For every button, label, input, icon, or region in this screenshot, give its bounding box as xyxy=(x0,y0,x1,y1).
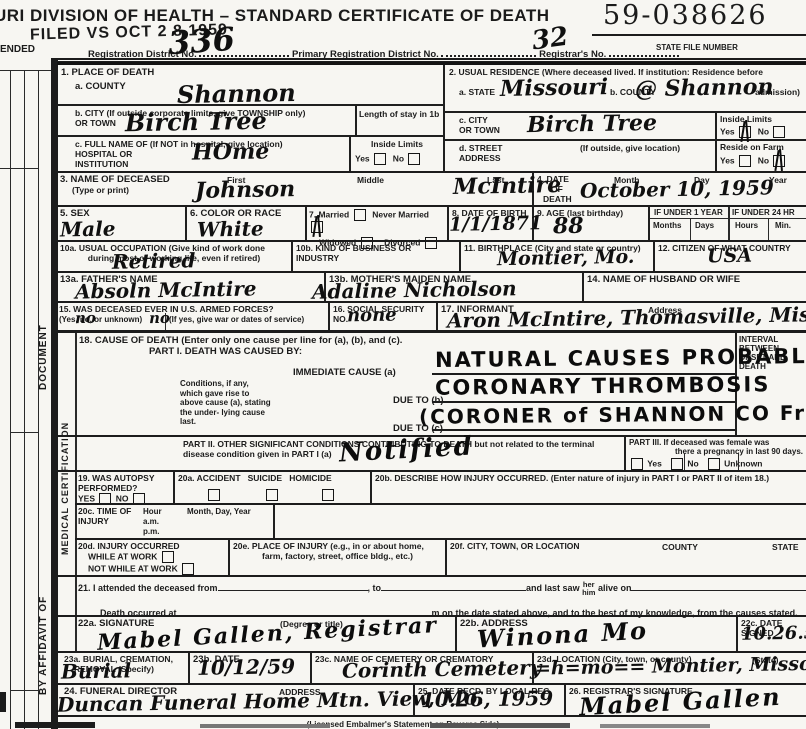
pregnancy-yes-checkbox xyxy=(631,458,643,470)
at-work-checkbox xyxy=(162,551,174,563)
section-10b-business: 10b. KIND OF BUSINESS OR INDUSTRY xyxy=(293,242,461,271)
autopsy-label2: PERFORMED? xyxy=(78,483,170,493)
farm-yes-checkbox xyxy=(739,155,751,167)
reg-district-value: 336 xyxy=(167,20,236,63)
date-of-death-value: October 10, 1959 xyxy=(580,175,774,202)
primary-district-blank xyxy=(441,46,536,57)
death-certificate-page: URI DIVISION OF HEALTH – STANDARD CERTIF… xyxy=(0,0,806,729)
no-label: No xyxy=(393,153,404,163)
ssn-value: none xyxy=(347,305,397,327)
dob-value: 1/1/1871 xyxy=(449,212,543,236)
armed-forces-sub: (Yes, no, or unknown) xyxy=(59,315,142,324)
occurred-label: 20d. INJURY OCCURRED xyxy=(78,541,225,551)
affidavit-label: BY AFFIDAVIT OF xyxy=(38,585,49,695)
due-to-b-value: CORONARY THROMBOSIS xyxy=(435,372,771,400)
margin-tick-3 xyxy=(10,432,38,433)
immediate-cause-label: IMMEDIATE CAUSE (a) xyxy=(293,367,396,378)
father-value: Absoln McIntire xyxy=(75,276,257,303)
hour-label: Hour xyxy=(143,507,162,516)
date-received-value: 10.26, 1959 xyxy=(421,686,554,712)
last-name-value: McIntire xyxy=(453,172,562,200)
armed-forces-value2: no xyxy=(149,309,170,327)
married-label: Married xyxy=(318,209,349,219)
under-1-year-label: IF UNDER 1 YEAR xyxy=(654,208,723,217)
sex-value: Male xyxy=(60,217,116,242)
yes-label: Yes xyxy=(355,153,370,163)
margin-tick-4 xyxy=(10,690,38,691)
immediate-cause-value: NATURAL CAUSES PROBABLE xyxy=(435,344,806,372)
scan-artifact xyxy=(600,724,710,728)
pm-label: p.m. xyxy=(143,527,159,536)
section-20c-time: 20c. TIME OF INJURY Hour a.m. p.m. Month… xyxy=(75,505,275,538)
autopsy-label: 19. WAS AUTOPSY xyxy=(78,473,170,483)
accident-label: 20a. ACCIDENT xyxy=(178,473,241,483)
city-town-label: 20f. CITY, TOWN, OR LOCATION xyxy=(450,541,803,551)
cemetery-value: Corinth Cemetery xyxy=(342,655,542,682)
inside-limits-no-checkbox xyxy=(408,153,420,165)
burial-value: Burial xyxy=(61,658,132,683)
attended-line1d: alive on xyxy=(598,583,632,593)
min-label: Min. xyxy=(775,221,791,230)
farm-no-checkbox xyxy=(773,155,785,167)
section-20b-describe: 20b. DESCRIBE HOW INJURY OCCURRED. (Ente… xyxy=(372,472,806,503)
due-to-c-value: (CORONER of SHANNON CO Frank Jones) xyxy=(419,399,806,428)
section-7-marital: 7. Married Never Married Widowed Divorce… xyxy=(307,207,449,240)
attended-line1a: 21. I attended the deceased from xyxy=(78,583,218,593)
cause-c-line xyxy=(432,429,735,431)
section-20d-at-work: 20d. INJURY OCCURRED WHILE AT WORK NOT W… xyxy=(75,540,230,575)
time-label2: INJURY xyxy=(78,516,270,526)
reside-on-farm-label: Reside on Farm xyxy=(720,142,803,152)
inside-limits-yes-checkbox xyxy=(374,153,386,165)
section-20a-manner: 20a. ACCIDENT SUICIDE HOMICIDE xyxy=(175,472,372,503)
section-21-attended: 21. I attended the deceased from, toand … xyxy=(75,577,806,615)
never-married-checkbox xyxy=(311,221,323,233)
suicide-checkbox xyxy=(266,489,278,501)
residence-state-label: a. STATE xyxy=(459,87,495,97)
registrar-no-value: 32 xyxy=(530,22,570,57)
armed-forces-sub2: (If yes, give war or dates of service) xyxy=(169,315,304,324)
place-of-injury-label2: farm, factory, street, office bldg., etc… xyxy=(233,551,442,561)
months-label: Months xyxy=(653,221,681,230)
file-number-rule xyxy=(592,34,806,36)
street-note: (If outside, give location) xyxy=(580,143,680,153)
homicide-checkbox xyxy=(322,489,334,501)
citizen-value: USA xyxy=(707,245,752,268)
spouse-label: 14. NAME OF HUSBAND OR WIFE xyxy=(587,274,803,285)
hospital-value: HOme xyxy=(192,138,270,165)
inside-limits-label-1: Inside Limits xyxy=(355,139,439,149)
document-label: DOCUMENT xyxy=(38,280,49,390)
state-label: STATE xyxy=(772,542,799,552)
scan-artifact xyxy=(15,722,95,728)
burial-date-value: 10/12/59 xyxy=(197,654,296,680)
place-title: 1. PLACE OF DEATH xyxy=(61,67,439,78)
scan-artifact xyxy=(0,692,6,712)
suicide-label: SUICIDE xyxy=(248,473,282,483)
section-19-autopsy: 19. WAS AUTOPSY PERFORMED? YES NO xyxy=(75,472,175,503)
not-at-work-checkbox xyxy=(182,563,194,575)
armed-forces-label: 15. WAS DECEASED EVER IN U.S. ARMED FORC… xyxy=(59,304,326,314)
race-value: White xyxy=(197,216,264,241)
not-at-work-label: NOT WHILE AT WORK xyxy=(88,563,178,573)
middle-label: Middle xyxy=(357,175,384,185)
registrar-no-blank xyxy=(609,46,679,57)
residence-county-value: @ Shannon xyxy=(635,74,774,102)
occupation-value: Retired xyxy=(112,248,196,273)
amended-label: ENDED xyxy=(0,44,35,55)
length-of-stay-label: Length of stay in 1b xyxy=(359,109,441,119)
first-name-value: Johnson xyxy=(195,176,296,204)
scan-artifact xyxy=(430,723,570,728)
attended-line1b: , to xyxy=(368,583,382,593)
cause-header: 18. CAUSE OF DEATH (Enter only one cause… xyxy=(79,335,731,346)
at-work-label: WHILE AT WORK xyxy=(88,551,157,561)
residence-city-value: Birch Tree xyxy=(527,110,657,138)
section-20e-place: 20e. PLACE OF INJURY (e.g., in or about … xyxy=(230,540,447,575)
state-file-number: 59-038626 xyxy=(603,0,768,31)
age-value: 88 xyxy=(553,213,584,240)
county-value: Shannon xyxy=(177,78,296,109)
section-15-armed-forces: 15. WAS DECEASED EVER IN U.S. ARMED FORC… xyxy=(57,303,330,330)
mdy-label: Month, Day, Year xyxy=(187,507,251,516)
homicide-label: HOMICIDE xyxy=(289,473,332,483)
hours-label: Hours xyxy=(735,221,758,230)
margin-tick-2 xyxy=(0,168,38,169)
attended-line1c: and last saw xyxy=(526,583,580,593)
part3-label2: there a pregnancy in last 90 days. xyxy=(629,447,803,456)
armed-forces-value1: no xyxy=(75,309,96,327)
residence-inside-limits-yes-checkbox xyxy=(739,126,751,138)
date-signed-value: 10.26.59 xyxy=(741,622,806,645)
pregnancy-unknown-checkbox xyxy=(708,458,720,470)
am-label: a.m. xyxy=(143,517,159,526)
section-9-under-year: IF UNDER 1 YEAR IF UNDER 24 HR Months Da… xyxy=(650,207,806,240)
describe-label: 20b. DESCRIBE HOW INJURY OCCURRED. (Ente… xyxy=(375,473,803,483)
inside-limits-label-2: Inside Limits xyxy=(720,114,803,124)
birthplace-value: Montier, Mo. xyxy=(497,246,635,270)
business-label: 10b. KIND OF BUSINESS OR INDUSTRY xyxy=(296,243,456,263)
residence-inside-limits-no-checkbox xyxy=(773,126,785,138)
page-title: URI DIVISION OF HEALTH – STANDARD CERTIF… xyxy=(0,6,550,26)
part-3: PART III. If deceased was female was the… xyxy=(624,437,806,470)
scan-artifact xyxy=(200,724,330,728)
section-14-spouse: 14. NAME OF HUSBAND OR WIFE xyxy=(584,273,806,301)
under-24-hr-label: IF UNDER 24 HR xyxy=(732,208,795,217)
never-married-label: Never Married xyxy=(372,209,429,219)
location-value: =h=mo== Montier, Missouri xyxy=(535,652,806,679)
him-label: him xyxy=(582,589,595,597)
residence-state-value: Missouri xyxy=(500,74,609,102)
conditions-note: Conditions, if any, which gave rise to a… xyxy=(180,379,272,427)
accident-checkbox xyxy=(208,489,220,501)
section-20f-location: 20f. CITY, TOWN, OR LOCATION COUNTY STAT… xyxy=(447,540,806,575)
mother-value: Adaline Nicholson xyxy=(312,276,517,304)
section-9-age: 9. AGE (last birthday) xyxy=(534,207,650,240)
pregnancy-no-checkbox xyxy=(671,458,683,470)
city-value: Birch Tree xyxy=(125,106,267,137)
place-of-injury-label: 20e. PLACE OF INJURY (e.g., in or about … xyxy=(233,541,442,551)
certificate-form: 1. PLACE OF DEATH a. COUNTY b. CITY (If … xyxy=(57,62,806,712)
days-label: Days xyxy=(695,221,714,230)
married-checkbox xyxy=(354,209,366,221)
part3-label: PART III. If deceased was female was xyxy=(629,438,803,447)
margin-tick-1 xyxy=(0,70,51,71)
county-label: COUNTY xyxy=(662,542,698,552)
